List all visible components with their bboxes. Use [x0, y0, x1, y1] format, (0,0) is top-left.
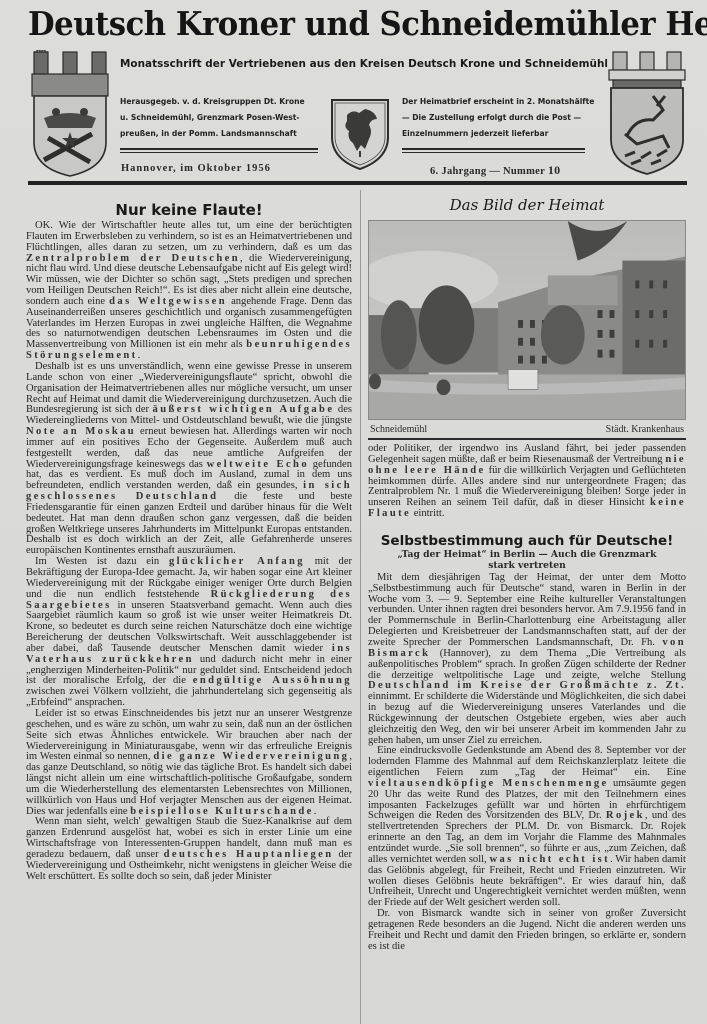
coat-of-arms-right-icon	[607, 48, 687, 176]
distribution-line: Der Heimatbrief erscheint in 2. Monatshä…	[402, 94, 587, 110]
article-subhead: „Tag der Heimat“ in Berlin — Auch die Gr…	[368, 549, 686, 571]
emphasis-text: deutsches Hauptanliegen	[164, 849, 334, 860]
caption-location: Schneidemühl	[370, 424, 427, 435]
left-column: Nur keine Flaute! OK. Wie der Wirtschaft…	[26, 190, 352, 882]
paragraph: Leider ist so etwas Einschneidendes bis …	[26, 709, 352, 817]
distribution-line: — Die Zustellung erfolgt durch die Post …	[402, 110, 587, 126]
emphasis-text: äußerst wichtigen Aufgabe	[153, 404, 335, 415]
subhead-line: stark vertreten	[368, 560, 686, 571]
body-text-run: eintritt.	[411, 508, 444, 519]
emphasis-text: weltweite Echo	[207, 459, 309, 470]
photo-caption: Schneidemühl Städt. Krankenhaus	[368, 424, 686, 440]
body-text-run: OK. Wie der Wirtschaftler heute alles tu…	[26, 220, 352, 253]
newspaper-page: Deutsch Kroner und Schneidemühler Heimat…	[0, 0, 707, 1024]
paragraph: Dr. von Bismarck wandte sich in seiner v…	[368, 909, 686, 952]
paragraph: oder Politiker, der irgendwo ins Ausland…	[368, 444, 686, 520]
publisher-line: u. Schneidemühl, Grenzmark Posen-West-	[120, 110, 320, 126]
coat-of-arms-left-icon	[30, 50, 112, 178]
hospital-photo	[368, 220, 686, 420]
column-divider	[360, 190, 361, 1024]
issue-volume: 6. Jahrgang — Nummer	[430, 166, 545, 177]
masthead-title: Deutsch Kroner und Schneidemühler Heimat…	[28, 2, 644, 46]
emphasis-text: vieltausendköpfige Menschenmenge	[368, 778, 609, 789]
article-body: OK. Wie der Wirtschaftler heute alles tu…	[26, 221, 352, 882]
distribution-info: Der Heimatbrief erscheint in 2. Monatshä…	[402, 94, 587, 142]
picture-heading: Das Bild der Heimat	[368, 196, 686, 214]
body-text-run: .	[138, 350, 141, 361]
paragraph: Deshalb ist es uns unverständlich, wenn …	[26, 362, 352, 557]
body-text-run: Dr. von Bismarck wandte sich in seiner v…	[368, 908, 686, 952]
body-text-run: zwischen zwei Völkern vollzieht, die jah…	[26, 686, 352, 708]
body-text-run: Im Westen ist dazu ein	[35, 556, 169, 567]
article-continuation: oder Politiker, der irgendwo ins Ausland…	[368, 444, 686, 520]
issue-info: 6. Jahrgang — Nummer 10	[430, 163, 560, 178]
body-text-run: einnimmt. Er schilderte die Widerstände …	[368, 691, 686, 745]
divider	[120, 148, 318, 153]
emphasis-text: endgültige Aussöhnung	[193, 675, 352, 686]
griffin-crest-icon	[329, 97, 391, 171]
emphasis-text: die ganze Wiedervereinigung	[153, 751, 349, 762]
emphasis-text: das Weltgewissen	[109, 296, 227, 307]
paragraph: Mit dem diesjährigen Tag der Heimat, der…	[368, 573, 686, 747]
emphasis-text: beispiellose Kulturschande	[130, 806, 313, 817]
paragraph: Im Westen ist dazu ein glücklicher Anfan…	[26, 557, 352, 709]
publisher-line: preußen, in der Pomm. Landsmannschaft	[120, 126, 320, 142]
divider	[402, 148, 585, 153]
body-text-run: Eine eindrucksvolle Gedenkstunde am Aben…	[368, 745, 686, 778]
subhead-line: „Tag der Heimat“ in Berlin — Auch die Gr…	[368, 549, 686, 560]
distribution-line: Einzelnummern jederzeit lieferbar	[402, 126, 587, 142]
body-text-run: Mit dem diesjährigen Tag der Heimat, der…	[368, 572, 686, 648]
emphasis-text: Zentralproblem der Deutschen	[26, 253, 240, 264]
article-title: Nur keine Flaute!	[26, 201, 352, 219]
masthead-rule	[28, 181, 687, 185]
article-title: Selbstbestimmung auch für Deutsche!	[368, 533, 686, 549]
paragraph: Wenn man sieht, welch' gewaltigen Staub …	[26, 817, 352, 882]
emphasis-text: Deutschland im Kreise der Großmächte z. …	[368, 680, 686, 691]
caption-subject: Städt. Krankenhaus	[606, 424, 684, 435]
body-text-run: oder Politiker, der irgendwo ins Ausland…	[368, 443, 686, 465]
emphasis-text: was nicht echt ist	[489, 854, 610, 865]
emphasis-text: Rojek	[606, 810, 645, 821]
right-column: Das Bild der Heimat	[368, 190, 686, 952]
masthead-subtitle: Monatsschrift der Vertriebenen aus den K…	[120, 58, 590, 70]
body-text-run: .	[314, 806, 317, 817]
emphasis-text: Note an Moskau	[26, 426, 136, 437]
paragraph: Eine eindrucksvolle Gedenkstunde am Aben…	[368, 746, 686, 909]
dateline: Hannover, im Oktober 1956	[121, 163, 271, 174]
publisher-info: Herausgegeb. v. d. Kreisgruppen Dt. Kron…	[120, 94, 320, 142]
paragraph: OK. Wie der Wirtschaftler heute alles tu…	[26, 221, 352, 362]
issue-number: 10	[548, 163, 561, 177]
article-body: Mit dem diesjährigen Tag der Heimat, der…	[368, 573, 686, 953]
emphasis-text: glücklicher Anfang	[169, 556, 305, 567]
publisher-line: Herausgegeb. v. d. Kreisgruppen Dt. Kron…	[120, 94, 320, 110]
